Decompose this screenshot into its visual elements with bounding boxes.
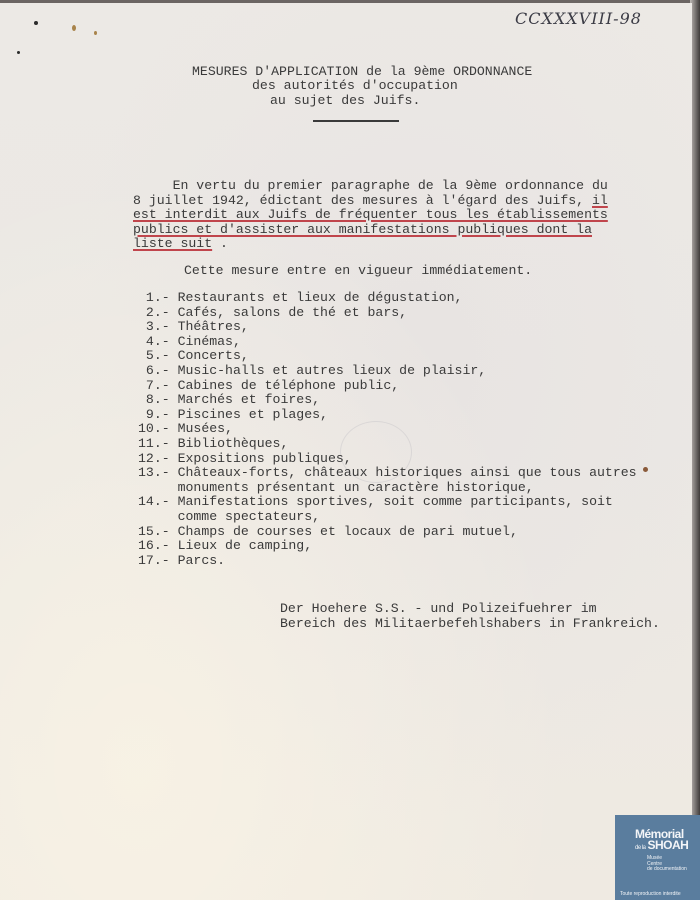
list-item-number: 5.- <box>138 348 170 363</box>
list-item-number: 12.- <box>138 451 170 466</box>
paragraph-line-2: 8 juillet 1942, édictant des mesures à l… <box>133 193 592 208</box>
list-item-number: 3.- <box>138 319 170 334</box>
list-item: 12.- Expositions publiques, <box>138 452 637 467</box>
list-item-number: 9.- <box>138 407 170 422</box>
list-item-text: Bibliothèques, <box>178 436 289 451</box>
list-item-text: Cinémas, <box>178 334 241 349</box>
list-item-number: 6.- <box>138 363 170 378</box>
list-item-text: Music-halls et autres lieux de plaisir, <box>178 363 487 378</box>
archive-reference: CCXXXVIII-98 <box>515 9 642 28</box>
list-item: 13.- Châteaux-forts, châteaux historique… <box>138 466 637 495</box>
underlined-text: publics et d'assister aux manifestations… <box>133 222 592 237</box>
list-item-text: Châteaux-forts, châteaux historiques ain… <box>138 465 637 495</box>
list-item-number: 13.- <box>138 465 170 480</box>
list-item-number: 1.- <box>138 290 170 305</box>
signature-block: Der Hoehere S.S. - und Polizeifuehrer im… <box>280 602 660 631</box>
list-item-number: 4.- <box>138 334 170 349</box>
title-divider <box>313 120 399 122</box>
document-page: CCXXXVIII-98 MESURES D'APPLICATION de la… <box>0 3 692 900</box>
ink-speck <box>34 21 38 25</box>
list-item: 9.- Piscines et plages, <box>138 408 637 423</box>
list-item-text: Lieux de camping, <box>178 538 313 553</box>
watermark-subtitle: Musée Centre de documentation <box>647 856 700 873</box>
underlined-text: liste suit <box>133 236 212 251</box>
list-item: 7.- Cabines de téléphone public, <box>138 379 637 394</box>
list-item: 8.- Marchés et foires, <box>138 393 637 408</box>
list-item-number: 7.- <box>138 378 170 393</box>
list-item-number: 2.- <box>138 305 170 320</box>
list-item-text: Théâtres, <box>178 319 249 334</box>
rust-stain <box>72 25 76 31</box>
paragraph-line-1: En vertu du premier paragraphe de la 9èm… <box>133 178 608 193</box>
list-item: 1.- Restaurants et lieux de dégustation, <box>138 291 637 306</box>
list-item-number: 17.- <box>138 553 170 568</box>
list-item-text: Piscines et plages, <box>178 407 328 422</box>
rust-stain <box>643 467 648 472</box>
list-item-text: Restaurants et lieux de dégustation, <box>178 290 463 305</box>
watermark-title-main: SHOAH <box>648 838 689 852</box>
list-item: 10.- Musées, <box>138 422 637 437</box>
paragraph-end: . <box>212 236 228 251</box>
prohibited-places-list: 1.- Restaurants et lieux de dégustation,… <box>138 291 637 568</box>
list-item: 4.- Cinémas, <box>138 335 637 350</box>
rust-stain <box>94 31 97 35</box>
watermark-title-line-2: de laSHOAH <box>635 840 700 854</box>
list-item: 15.- Champs de courses et locaux de pari… <box>138 525 637 540</box>
list-item: 16.- Lieux de camping, <box>138 539 637 554</box>
list-item: 5.- Concerts, <box>138 349 637 364</box>
watermark-title: Mémorial de laSHOAH <box>635 829 700 854</box>
list-item-number: 16.- <box>138 538 170 553</box>
underlined-text: est interdit aux Juifs de fréquenter tou… <box>133 207 608 222</box>
effect-statement: Cette mesure entre en vigueur immédiatem… <box>184 264 532 279</box>
list-item-number: 14.- <box>138 494 170 509</box>
watermark-subtitle-line: de documentation <box>647 867 700 873</box>
list-item-text: Manifestations sportives, soit comme par… <box>138 494 613 524</box>
list-item-text: Concerts, <box>178 348 249 363</box>
list-item: 11.- Bibliothèques, <box>138 437 637 452</box>
watermark-footer: Toute reproduction interdite <box>620 891 681 897</box>
memorial-shoah-watermark: Mémorial de laSHOAH Musée Centre de docu… <box>615 815 700 900</box>
list-item-number: 15.- <box>138 524 170 539</box>
list-item-text: Cafés, salons de thé et bars, <box>178 305 408 320</box>
underlined-text: il <box>592 193 608 208</box>
list-item-number: 8.- <box>138 392 170 407</box>
list-item: 2.- Cafés, salons de thé et bars, <box>138 306 637 321</box>
list-item: 6.- Music-halls et autres lieux de plais… <box>138 364 637 379</box>
list-item-text: Parcs. <box>178 553 225 568</box>
list-item: 14.- Manifestations sportives, soit comm… <box>138 495 637 524</box>
list-item-number: 11.- <box>138 436 170 451</box>
list-item-text: Expositions publiques, <box>178 451 352 466</box>
list-item: 3.- Théâtres, <box>138 320 637 335</box>
ink-speck <box>17 51 20 54</box>
signature-line-2: Bereich des Militaerbefehlshabers in Fra… <box>280 616 660 631</box>
list-item-text: Marchés et foires, <box>178 392 320 407</box>
document-title-line-2: des autorités d'occupation <box>252 79 458 94</box>
list-item-text: Cabines de téléphone public, <box>178 378 400 393</box>
list-item-text: Champs de courses et locaux de pari mutu… <box>178 524 518 539</box>
list-item-number: 10.- <box>138 421 170 436</box>
signature-line-1: Der Hoehere S.S. - und Polizeifuehrer im <box>280 601 597 616</box>
list-item: 17.- Parcs. <box>138 554 637 569</box>
watermark-title-small: de la <box>635 845 646 851</box>
list-item-text: Musées, <box>178 421 233 436</box>
intro-paragraph: En vertu du premier paragraphe de la 9èm… <box>133 179 608 252</box>
document-title-line-3: au sujet des Juifs. <box>270 94 420 109</box>
